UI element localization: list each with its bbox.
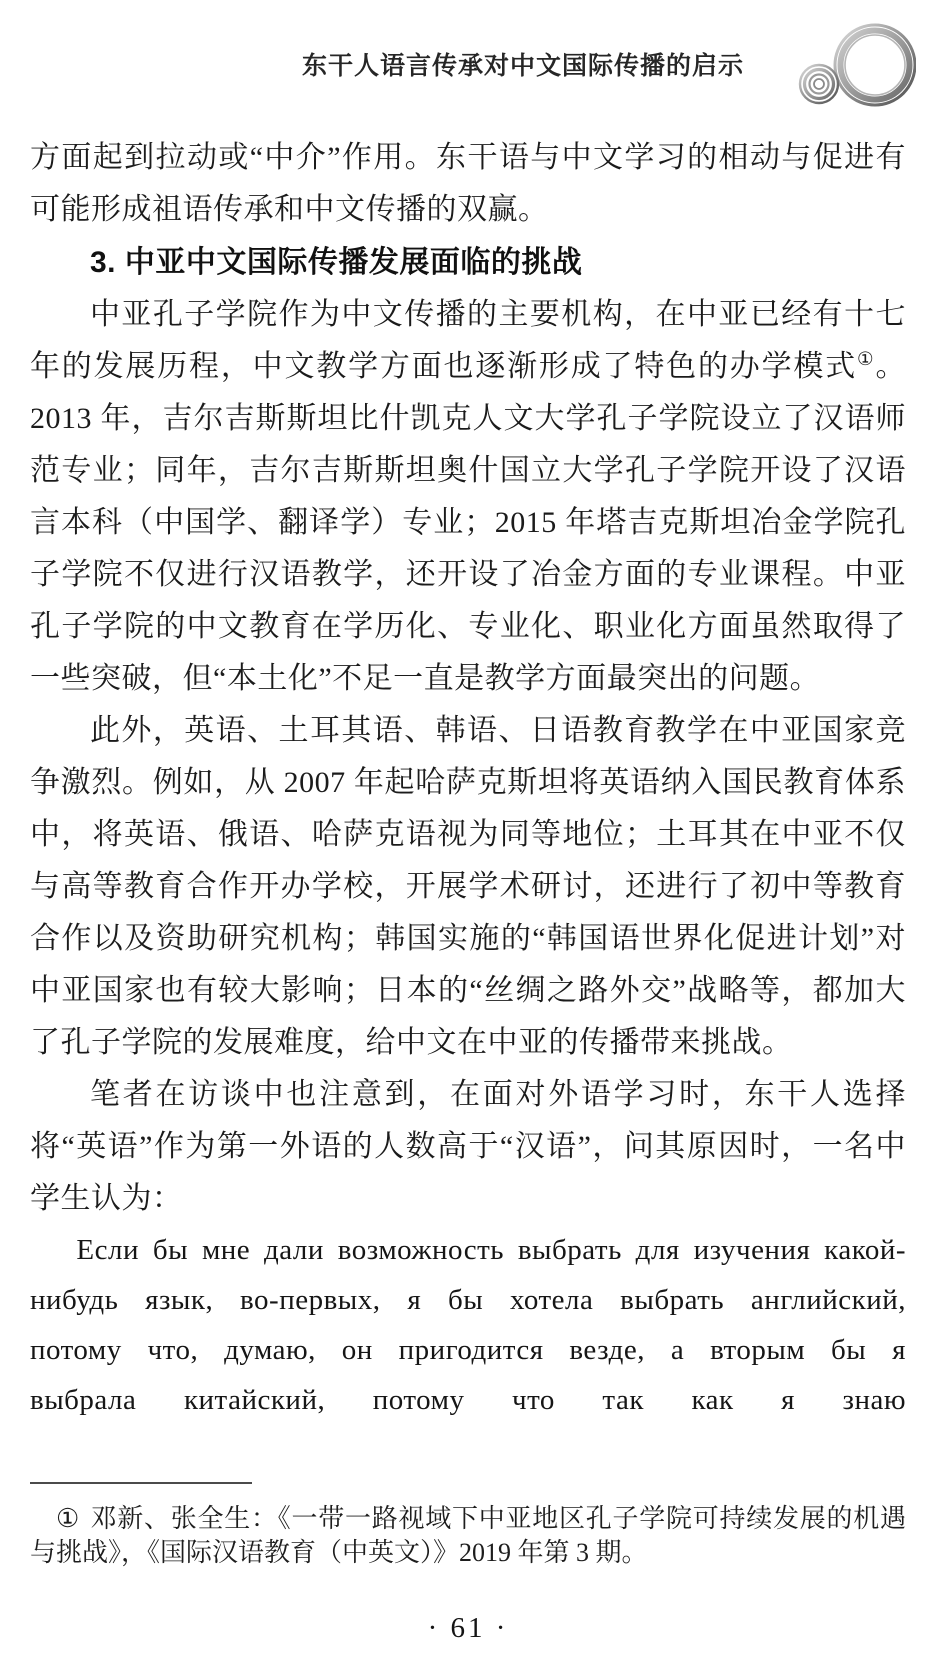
paragraph-continued: 方面起到拉动或“中介”作用。东干语与中文学习的相动与促进有可能形成祖语传承和中文… xyxy=(30,132,906,236)
footnote: ①邓新、张全生：《一带一路视域下中亚地区孔子学院可持续发展的机遇与挑战》，《国际… xyxy=(30,1502,906,1570)
running-head-title: 东干人语言传承对中文国际传播的启示 xyxy=(302,46,744,82)
book-page: 东干人语言传承对中文国际传播的启示 方面起到拉动或“中介”作用。东干语与中文学习… xyxy=(0,0,936,1680)
rings-logo-icon xyxy=(792,10,916,126)
paragraph-text: 中亚孔子学院作为中文传播的主要机构，在中亚已经有十七年的发展历程，中文教学方面也… xyxy=(30,298,906,383)
footnote-divider xyxy=(30,1482,252,1484)
paragraph-interview: 笔者在访谈中也注意到，在面对外语学习时，东干人选择将“英语”作为第一外语的人数高… xyxy=(30,1069,906,1225)
footnote-citation-text: 邓新、张全生：《一带一路视域下中亚地区孔子学院可持续发展的机遇与挑战》，《国际汉… xyxy=(30,1504,906,1567)
paragraph-confucius-institutes: 中亚孔子学院作为中文传播的主要机构，在中亚已经有十七年的发展历程，中文教学方面也… xyxy=(30,289,906,705)
paragraph-text: 。2013 年，吉尔吉斯斯坦比什凯克人文大学孔子学院设立了汉语师范专业；同年，吉… xyxy=(30,350,906,695)
russian-quote-block: Если бы мне дали возможность выбрать для… xyxy=(30,1225,906,1425)
footnote-reference-mark: ① xyxy=(857,349,875,370)
footnote-marker: ① xyxy=(56,1504,80,1533)
footnote-area: ①邓新、张全生：《一带一路视域下中亚地区孔子学院可持续发展的机遇与挑战》，《国际… xyxy=(30,1482,906,1570)
section-heading: 3. 中亚中文国际传播发展面临的挑战 xyxy=(30,236,906,289)
page-number: · 61 · xyxy=(0,1612,936,1645)
page-body: 方面起到拉动或“中介”作用。东干语与中文学习的相动与促进有可能形成祖语传承和中文… xyxy=(30,132,906,1425)
paragraph-language-competition: 此外，英语、土耳其语、韩语、日语教育教学在中亚国家竞争激烈。例如，从 2007 … xyxy=(30,705,906,1069)
